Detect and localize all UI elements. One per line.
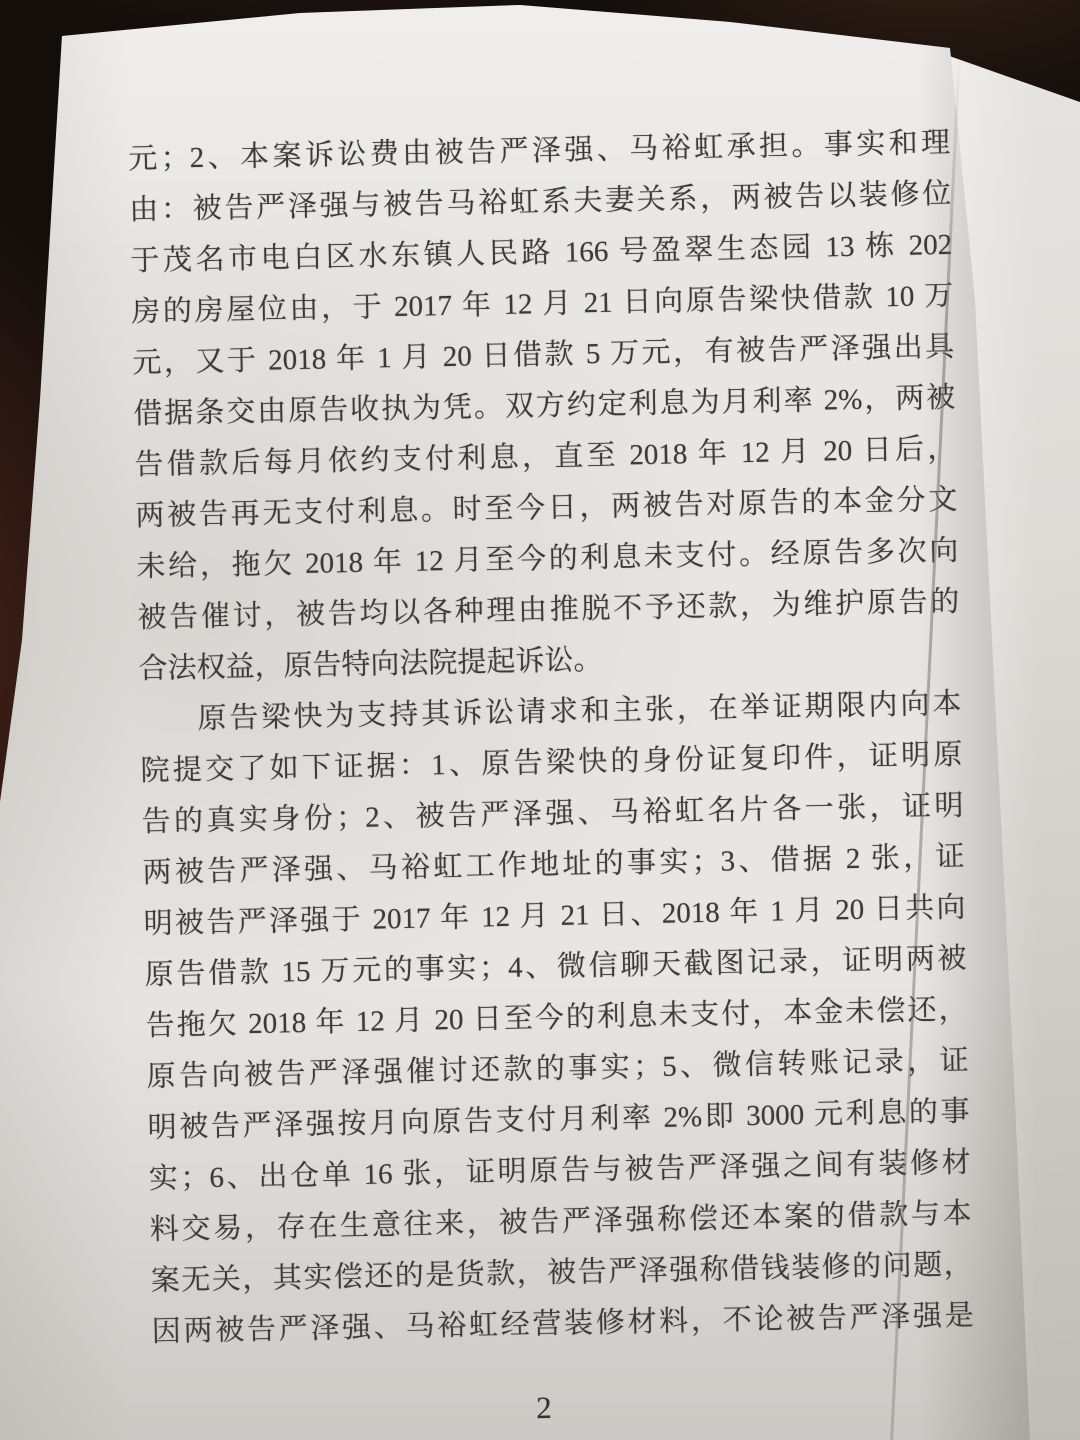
page-number: 2 [524, 1390, 565, 1427]
photographed-document-scene: 元；2、本案诉讼费由被告严泽强、马裕虹承担。事实和理由：被告严泽强与被告马裕虹系… [0, 0, 1080, 1440]
document-page: 元；2、本案诉讼费由被告严泽强、马裕虹承担。事实和理由：被告严泽强与被告马裕虹系… [0, 0, 1080, 1440]
document-text: 元；2、本案诉讼费由被告严泽强、马裕虹承担。事实和理由：被告严泽强与被告马裕虹系… [128, 118, 974, 1358]
